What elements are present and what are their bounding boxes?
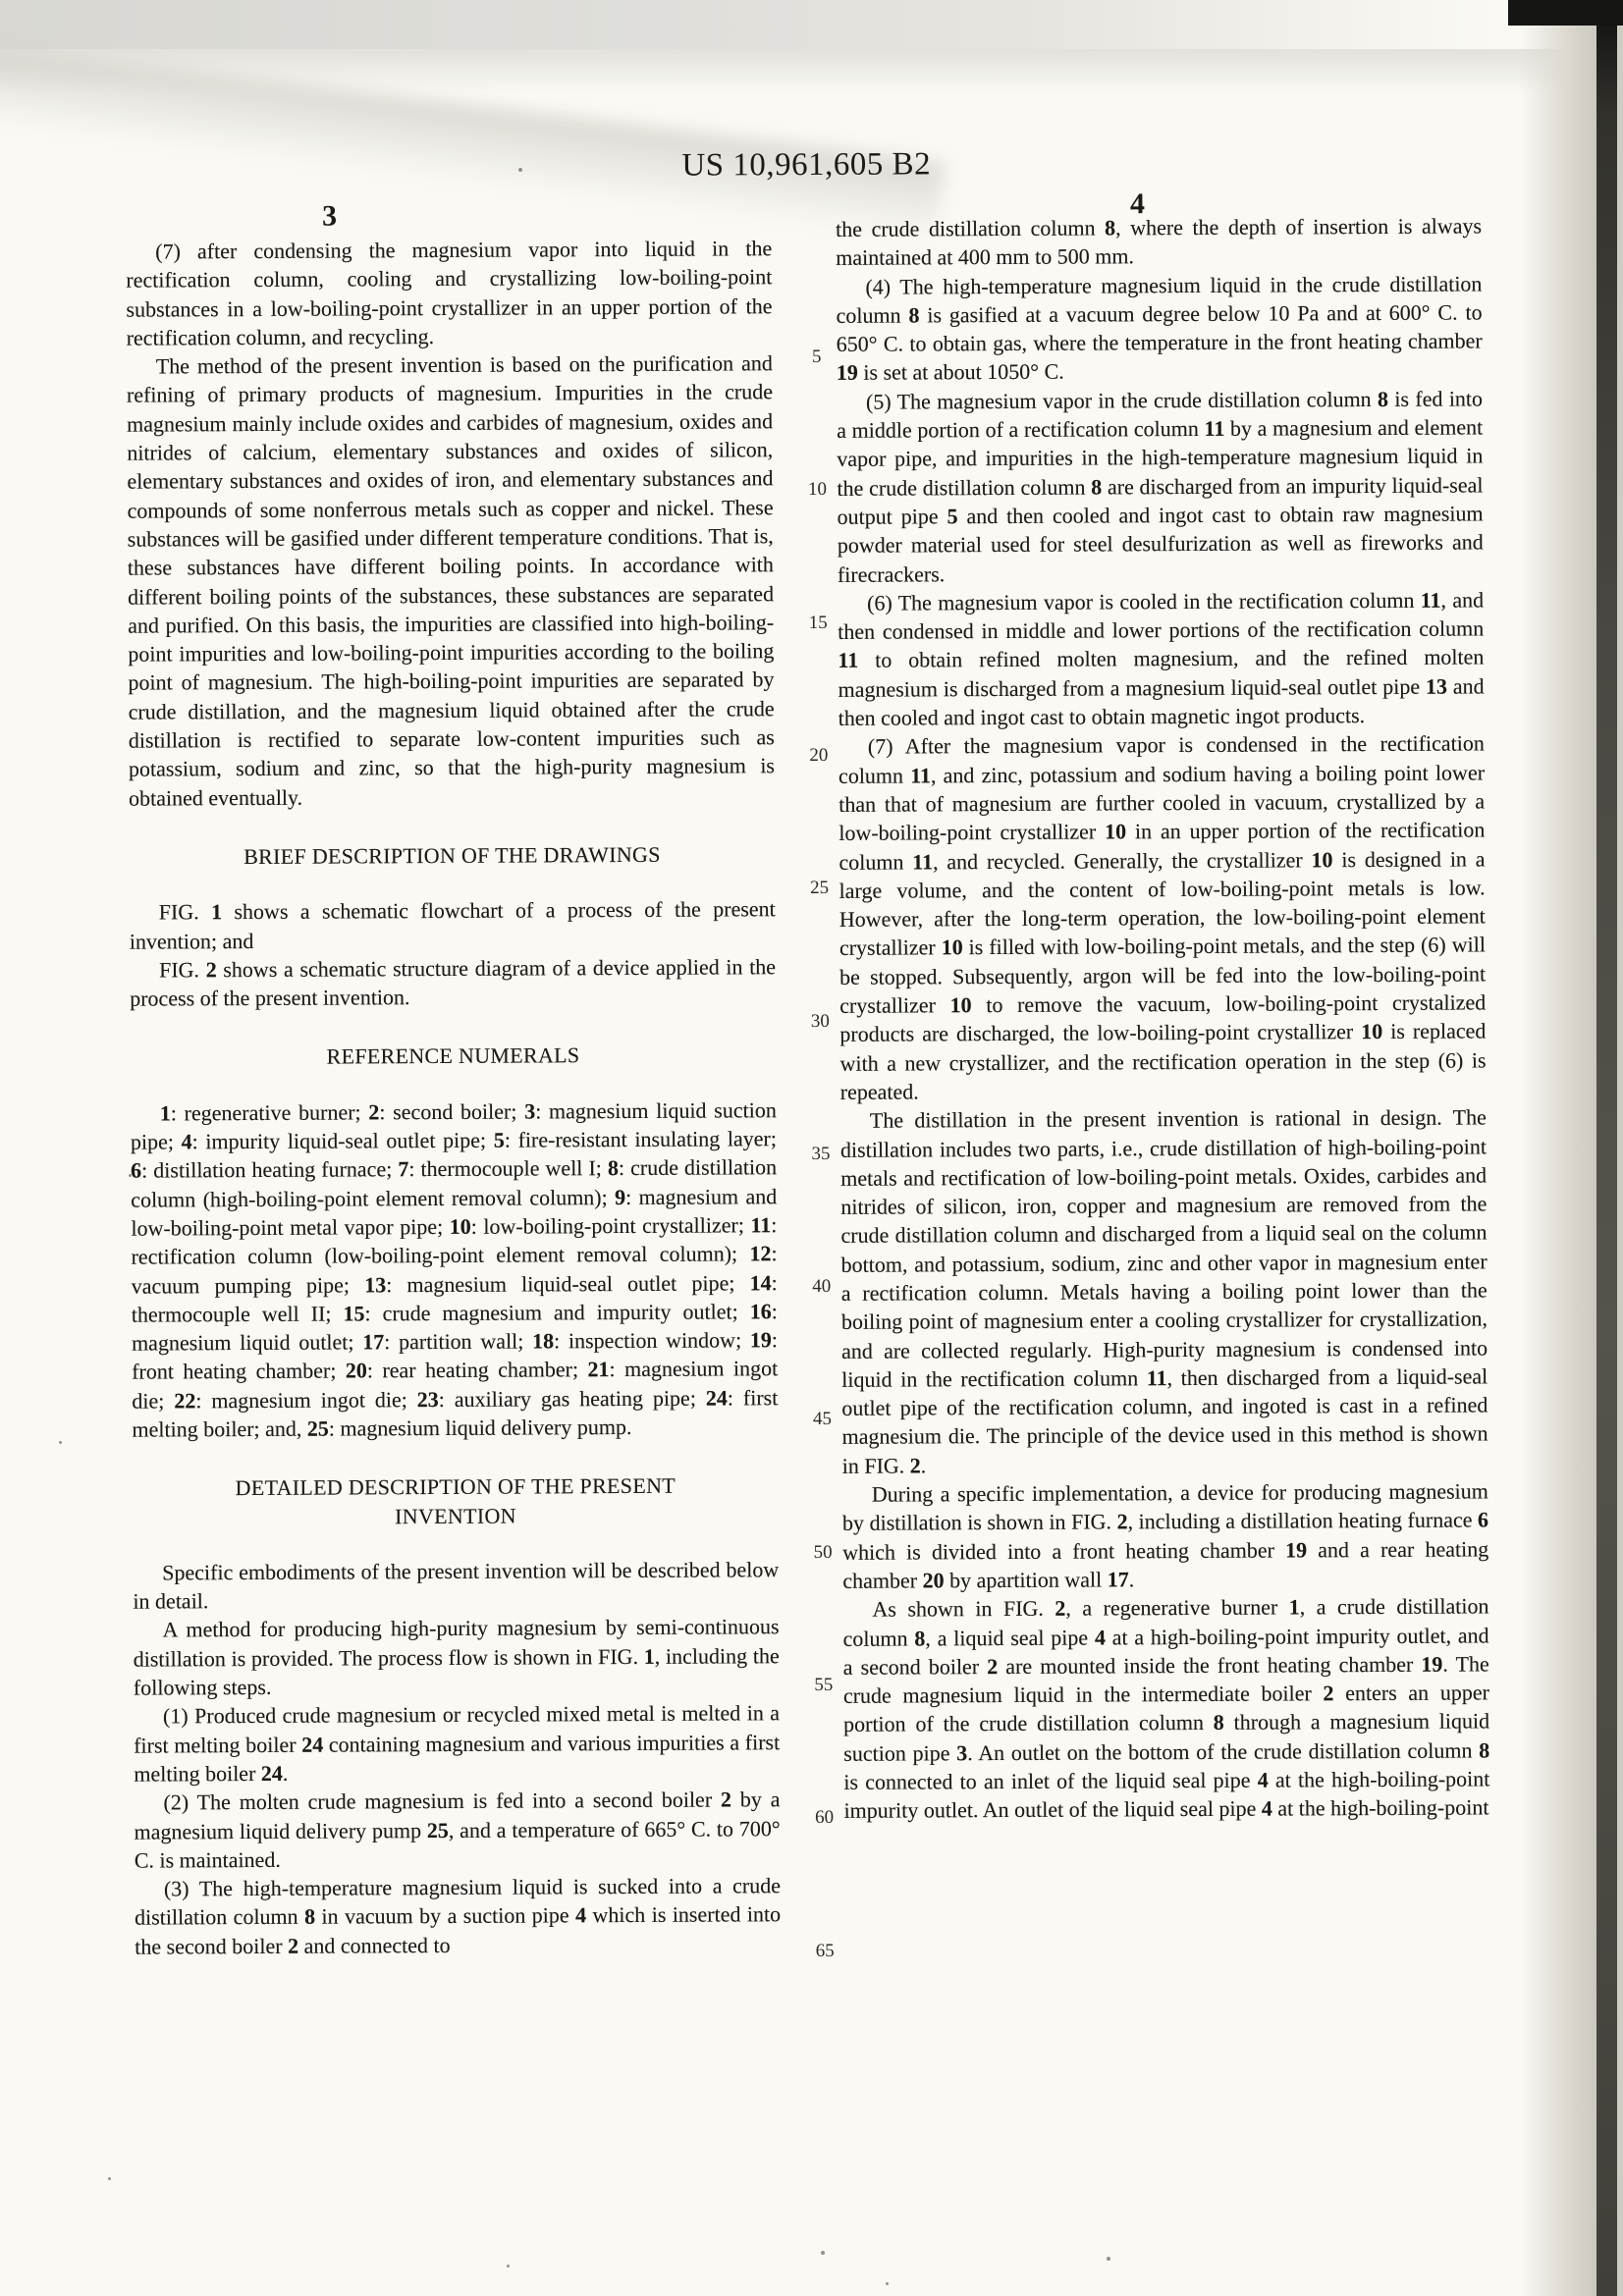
- paragraph: FIG. 2 shows a schematic structure diagr…: [130, 952, 776, 1013]
- column-number-left: 3: [322, 200, 337, 234]
- patent-page: US 10,961,605 B2 3 4 (7) after condensin…: [0, 0, 1623, 2296]
- paragraph: (6) The magnesium vapor is cooled in the…: [838, 585, 1485, 732]
- patent-column-4: the crude distillation column 8, where t…: [836, 211, 1490, 1825]
- paragraph: The method of the present invention is b…: [127, 348, 775, 812]
- paragraph: (1) Produced crude magnesium or recycled…: [134, 1699, 780, 1789]
- gutter-line-number: 40: [792, 1276, 851, 1298]
- paragraph: (5) The magnesium vapor in the crude dis…: [837, 384, 1484, 589]
- gutter-line-number: 60: [795, 1807, 854, 1829]
- gutter-line-number: 65: [795, 1940, 854, 1961]
- paragraph: As shown in FIG. 2, a regenerative burne…: [842, 1592, 1489, 1826]
- gutter-line-number: 5: [787, 347, 846, 368]
- gutter-line-number: 35: [791, 1144, 850, 1165]
- paragraph: (3) The high-temperature magnesium liqui…: [135, 1871, 781, 1960]
- paragraph: A method for producing high-purity magne…: [133, 1613, 779, 1702]
- paragraph: 1: regenerative burner; 2: second boiler…: [131, 1095, 779, 1444]
- gutter-line-number: 55: [794, 1675, 853, 1696]
- page-content: US 10,961,605 B2 3 4 (7) after condensin…: [0, 0, 1623, 2296]
- gutter-line-number: 25: [790, 878, 849, 899]
- section-heading: BRIEF DESCRIPTION OF THE DRAWINGS: [129, 839, 775, 872]
- section-heading: DETAILED DESCRIPTION OF THE PRESENT INVE…: [200, 1471, 711, 1531]
- paragraph: (7) After the magnesium vapor is condens…: [839, 729, 1487, 1106]
- gutter-line-number: 20: [789, 745, 848, 767]
- gutter-line-number: 50: [793, 1541, 852, 1563]
- patent-column-3: (7) after condensing the magnesium vapor…: [126, 234, 781, 1960]
- patent-number-header: US 10,961,605 B2: [0, 143, 1618, 188]
- gutter-line-number: 15: [788, 612, 847, 633]
- paragraph: FIG. 1 shows a schematic flowchart of a …: [130, 894, 776, 955]
- gutter-line-number: 30: [790, 1010, 849, 1032]
- paragraph: During a specific implementation, a devi…: [842, 1476, 1489, 1595]
- section-heading: REFERENCE NUMERALS: [130, 1041, 776, 1073]
- paragraph: the crude distillation column 8, where t…: [836, 211, 1482, 272]
- paragraph: (7) after condensing the magnesium vapor…: [126, 234, 773, 352]
- paragraph: (4) The high-temperature magnesium liqui…: [836, 269, 1483, 388]
- gutter-line-number: 45: [792, 1409, 851, 1430]
- paragraph: Specific embodiments of the present inve…: [133, 1555, 779, 1616]
- paragraph: (2) The molten crude magnesium is fed in…: [134, 1785, 780, 1874]
- gutter-line-number: 10: [787, 479, 846, 501]
- paragraph: The distillation in the present inventio…: [840, 1103, 1488, 1480]
